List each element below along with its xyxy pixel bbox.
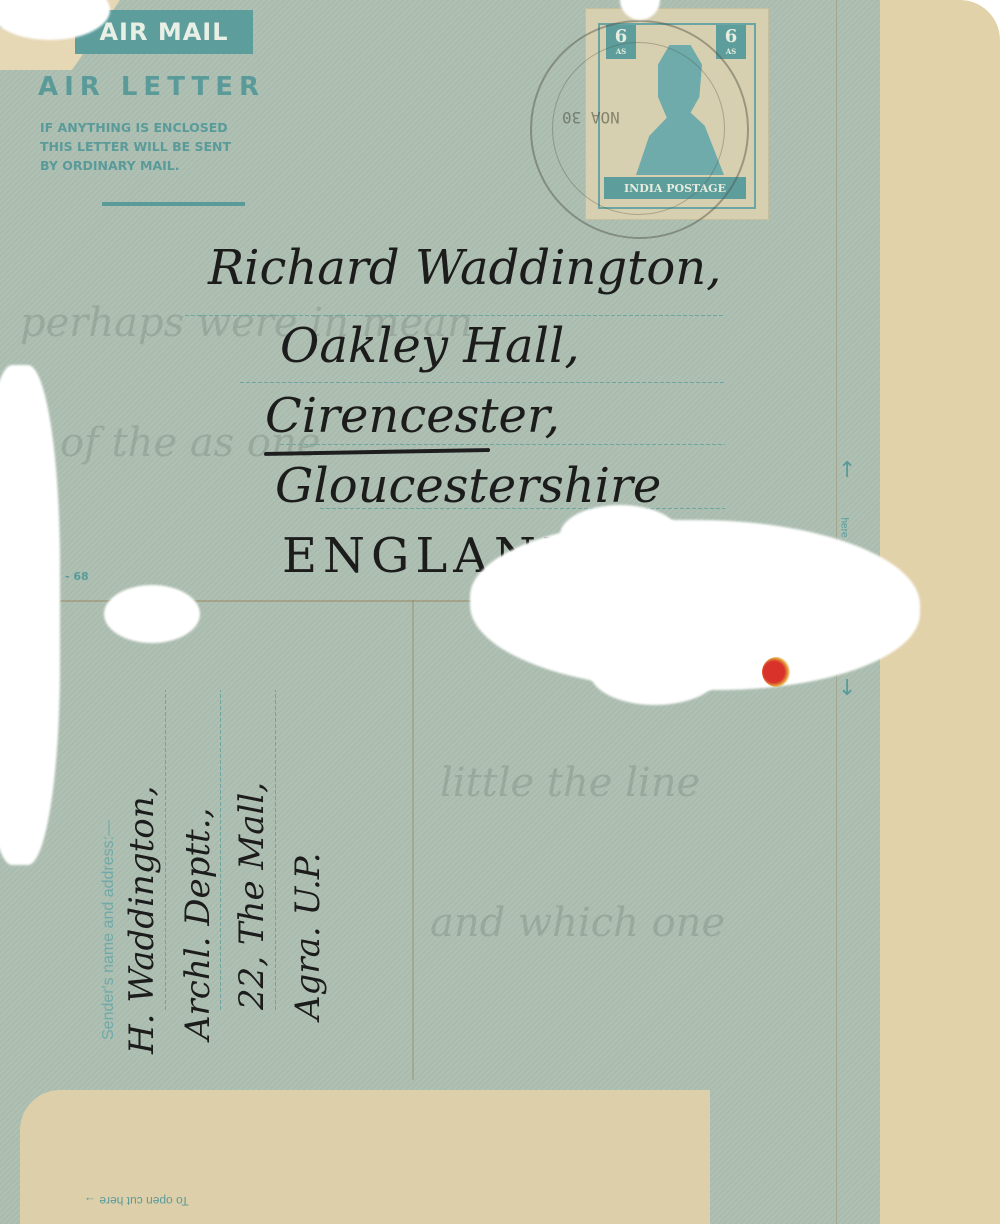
torn-hole	[560, 505, 680, 565]
torn-hole	[590, 640, 720, 705]
sender-address-block: Sender's name and address:— H. Waddingto…	[70, 680, 360, 1060]
arrow-down-icon: ↓	[838, 676, 856, 701]
recipient-address-line: Cirencester,	[265, 388, 560, 444]
show-through-text: and which one	[430, 900, 725, 946]
sender-label: Sender's name and address:—	[100, 820, 118, 1040]
side-fold-label: here	[839, 517, 850, 537]
form-code: - 68	[65, 570, 89, 583]
notice-line: BY ORDINARY MAIL.	[40, 156, 320, 175]
sender-address-line: 22, The Mall,	[232, 782, 272, 1010]
paper-hole	[104, 585, 200, 643]
postmark: NOA 30	[530, 20, 749, 239]
sender-name: H. Waddington,	[122, 786, 162, 1054]
sender-address-line: Agra. U.P.	[288, 852, 328, 1020]
fold-line-vertical	[412, 600, 414, 1080]
sender-rule	[165, 690, 166, 1010]
recipient-name: Richard Waddington,	[208, 240, 721, 296]
enclosure-notice: IF ANYTHING IS ENCLOSED THIS LETTER WILL…	[40, 118, 320, 175]
sender-rule	[275, 690, 276, 1010]
notice-rule	[102, 202, 245, 206]
postmark-text: NOA 30	[562, 108, 620, 127]
torn-edge-left	[0, 365, 60, 865]
cut-here-instruction: To open cut here →	[84, 1194, 189, 1208]
notice-line: THIS LETTER WILL BE SENT	[40, 137, 320, 156]
show-through-text: little the line	[440, 760, 700, 806]
sender-address-line: Archl. Deptt.,	[178, 808, 218, 1040]
stamp-value-right: 6 AS	[716, 25, 746, 59]
recipient-address-line: Oakley Hall,	[280, 318, 580, 374]
sender-rule	[220, 690, 221, 1010]
arrow-right-icon: →	[84, 1194, 96, 1208]
postmark-ring	[552, 42, 725, 215]
air-letter-sheet: perhaps were in mean of the as one littl…	[0, 0, 1000, 1224]
arrow-up-icon: ↑	[838, 458, 856, 483]
red-ink-stain	[762, 657, 792, 687]
address-rule	[240, 382, 725, 383]
address-rule	[185, 315, 725, 316]
address-rule	[280, 444, 725, 445]
air-letter-title: AIR LETTER	[38, 72, 265, 102]
notice-line: IF ANYTHING IS ENCLOSED	[40, 118, 320, 137]
